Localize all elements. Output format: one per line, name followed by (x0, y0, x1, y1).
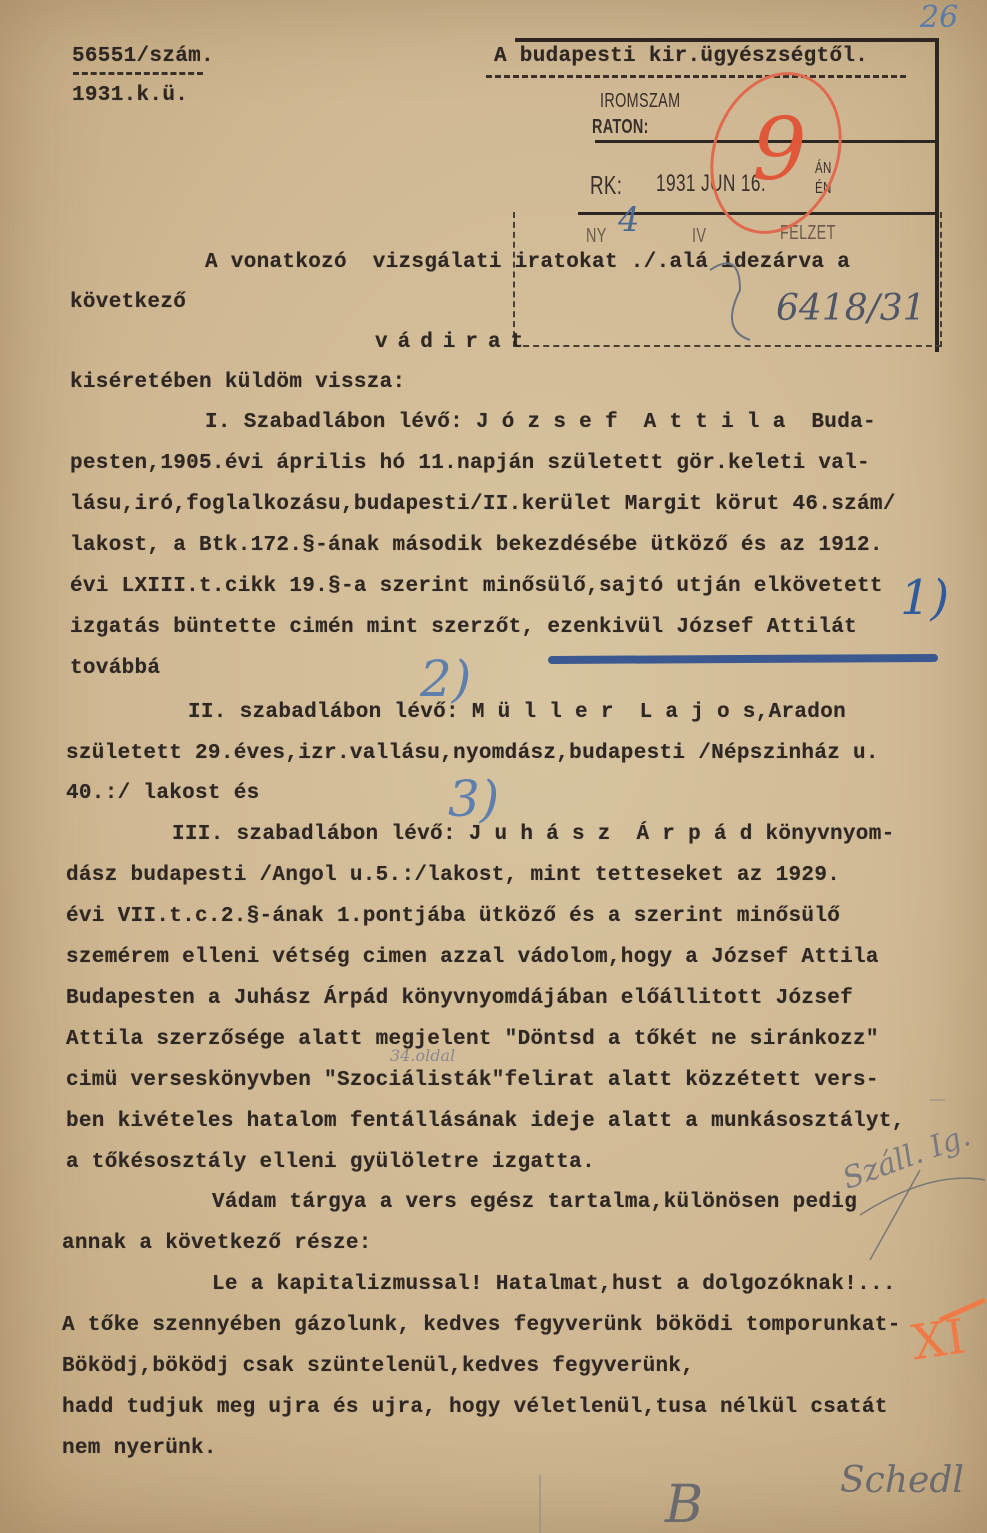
intro-line-3: kiséretében küldöm vissza: (70, 370, 405, 396)
poem-line: Le a kapitalizmussal! Hatalmat,hust a do… (212, 1272, 896, 1298)
poem-line: Böködj,böködj csak szüntelenül,kedves fe… (62, 1354, 694, 1380)
stamp-label-iv: IV (692, 225, 706, 248)
handwritten-file-number: 6418/31 (776, 288, 926, 329)
text-line: annak a következő része: (62, 1231, 372, 1257)
bottom-signature-left: B (665, 1475, 703, 1533)
blue-mark-2: 2) (420, 650, 471, 708)
text-line: lásu,iró,foglalkozásu,budapesti/II.kerül… (70, 492, 896, 518)
document-title: vádirat (375, 330, 533, 356)
text-line: izgatás büntette cimén mint szerzőt, eze… (70, 615, 857, 641)
text-line: Vádam tárgya a vers egész tartalma,külön… (212, 1190, 857, 1216)
reference-divider (73, 72, 203, 75)
blue-mark-1: 1) (900, 570, 949, 626)
stamp-line1: IROMSZAM (600, 90, 680, 113)
text-line: II. szabadlábon lévő: M ü l l e r L a j … (188, 700, 846, 726)
text-line: 40.:/ lakost és (66, 781, 260, 807)
blue-mark-3: 3) (448, 770, 499, 828)
text-line: évi LXIII.t.cikk 19.§-a szerint minősülő… (70, 574, 883, 600)
bottom-signature-right: Schedl (840, 1460, 964, 1501)
text-line: Attila szerzősége alatt megjelent "Dönts… (66, 1027, 879, 1053)
text-line: továbbá (70, 656, 160, 682)
text-line: lakost, a Btk.172.§-ának második bekezdé… (70, 533, 883, 559)
blue-underline-mark (548, 654, 938, 664)
stamp-label-ny: NY (586, 225, 607, 248)
poem-line: A tőke szennyében gázolunk, kedves fegyv… (62, 1313, 901, 1339)
page-number-handwritten: 26 (920, 0, 958, 35)
handwritten-ny-number: 4 (618, 200, 640, 240)
intro-line-1: A vonatkozó vizsgálati iratokat ./.alá i… (205, 250, 850, 276)
poem-line: nem nyerünk. (62, 1436, 217, 1462)
red-circled-number: 9 (752, 100, 807, 200)
pencil-note-page: 34.oldal (390, 1046, 455, 1065)
reference-number: 56551/szám. (72, 44, 214, 70)
text-line: a tőkésosztály elleni gyülöletre izgatta… (66, 1150, 595, 1176)
text-line: III. szabadlábon lévő: J u h á s z Á r p… (172, 822, 895, 848)
text-line: dász budapesti /Angol u.5.:/lakost, mint… (66, 863, 840, 889)
text-line: született 29.éves,izr.vallásu,nyomdász,b… (66, 741, 879, 767)
text-line: pesten,1905.évi április hó 11.napján szü… (70, 451, 870, 477)
stamp-line2: RATON: (592, 116, 649, 139)
text-line: I. Szabadlábon lévő: J ó z s e f A t t i… (205, 410, 876, 436)
text-line: szemérem elleni vétség cimen azzal vádol… (66, 945, 879, 971)
intro-line-2: következő (70, 290, 186, 316)
text-line: ben kivételes hatalom fentállásának idej… (66, 1109, 905, 1135)
text-line: Budapesten a Juhász Árpád könyvnyomdájáb… (66, 986, 853, 1012)
reference-year: 1931.k.ü. (72, 83, 188, 109)
text-line: évi VII.t.c.2.§-ának 1.pontjába ütköző é… (66, 904, 840, 930)
red-margin-mark: XI (908, 1309, 968, 1372)
stamp-received-label: RK: (590, 170, 622, 201)
poem-line: hadd tudjuk meg ujra és ujra, hogy vélet… (62, 1395, 888, 1421)
text-line: cimü verseskönyvben "Szociálisták"felira… (66, 1068, 879, 1094)
